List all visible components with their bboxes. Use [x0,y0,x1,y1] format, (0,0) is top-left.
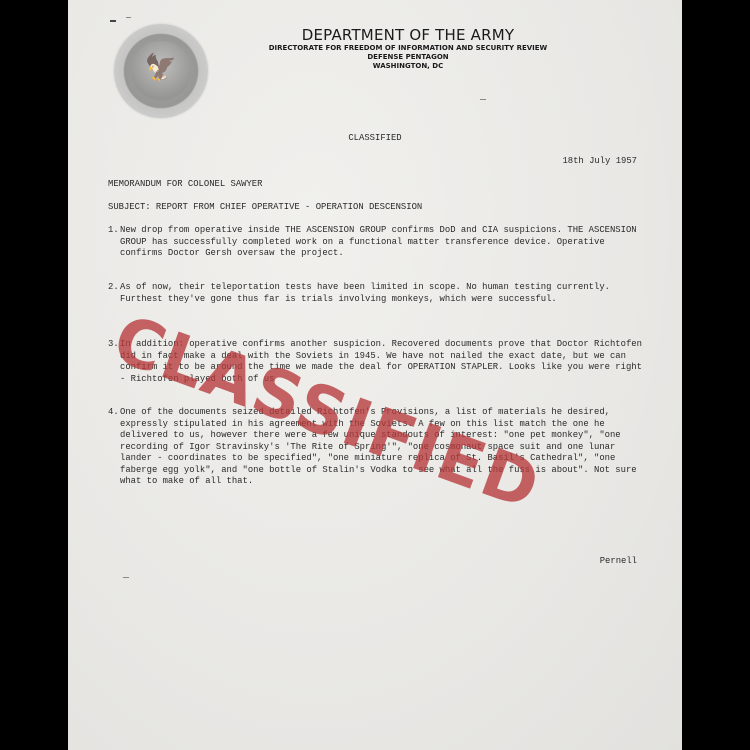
eagle-seal-icon: 🦅 [131,53,191,83]
ink-speck [480,99,486,100]
memo-date: 18th July 1957 [562,156,637,168]
memo-subject: SUBJECT: REPORT FROM CHIEF OPERATIVE - O… [108,202,422,214]
paragraph-3: 3. In addition: operative confirms anoth… [108,339,643,385]
document-page: 🦅 DEPARTMENT OF THE ARMY DIRECTORATE FOR… [68,0,682,750]
memo-recipient: MEMORANDUM FOR COLONEL SAWYER [108,179,262,191]
signature: Pernell [600,556,637,568]
paragraph-4: 4. One of the documents seized detailed … [108,407,643,488]
ink-speck [123,577,129,578]
paragraph-number: 3. [108,339,119,351]
paragraph-1: 1. New drop from operative inside THE AS… [108,225,643,260]
paragraph-number: 2. [108,282,119,294]
letterhead-directorate: DIRECTORATE FOR FREEDOM OF INFORMATION A… [218,44,598,53]
army-seal: 🦅 [114,24,208,118]
ink-speck [110,20,116,22]
paragraph-number: 1. [108,225,119,237]
paragraph-text: As of now, their teleportation tests hav… [120,282,643,305]
seal-center: 🦅 [131,41,191,101]
paragraph-number: 4. [108,407,119,419]
letterhead-building: DEFENSE PENTAGON [218,53,598,62]
paragraph-text: One of the documents seized detailed Ric… [120,407,643,488]
paragraph-text: In addition: operative confirms another … [120,339,643,385]
classification-label: CLASSIFIED [68,133,682,145]
letterhead-city: WASHINGTON, DC [218,62,598,71]
letterhead: DEPARTMENT OF THE ARMY DIRECTORATE FOR F… [218,26,598,71]
letterhead-title: DEPARTMENT OF THE ARMY [218,26,598,44]
paragraph-2: 2. As of now, their teleportation tests … [108,282,643,305]
ink-speck [126,17,131,18]
paragraph-text: New drop from operative inside THE ASCEN… [120,225,643,260]
